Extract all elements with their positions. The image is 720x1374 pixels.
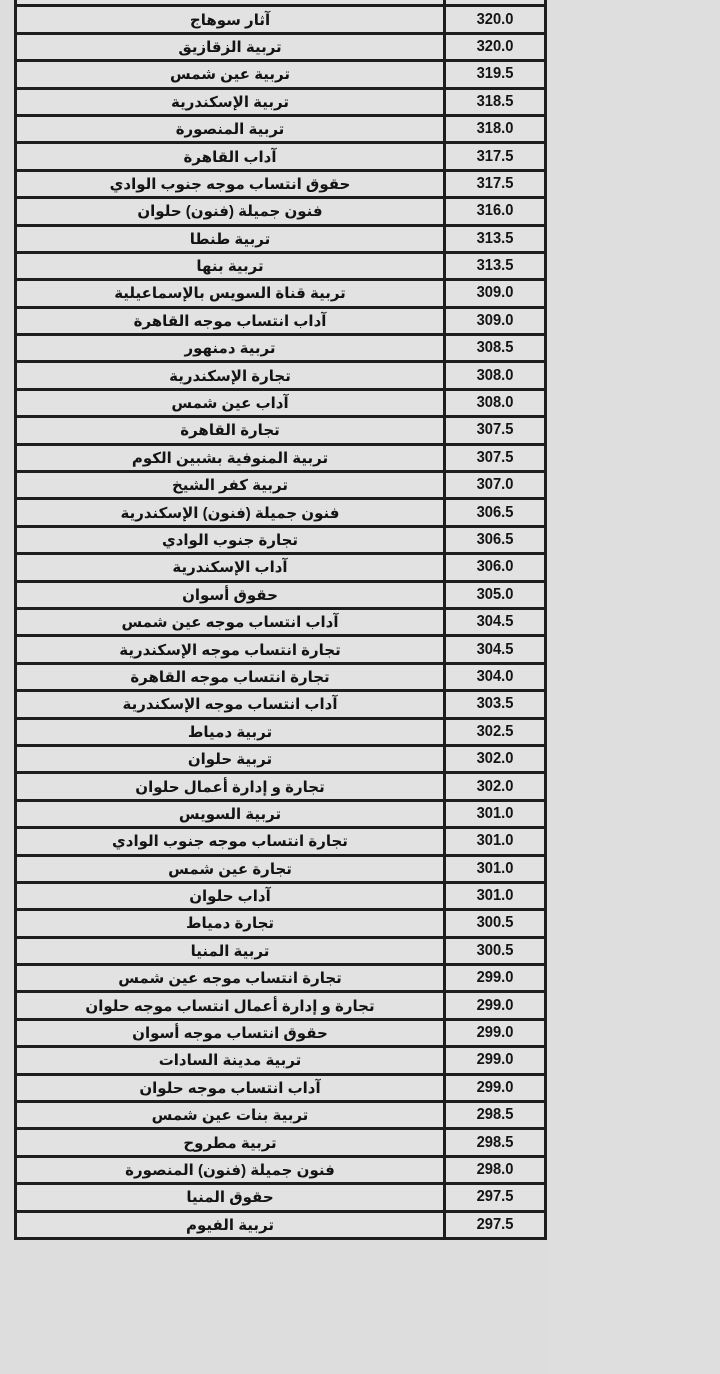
score-value: 300.5 [477,914,514,932]
score-cell: 304.5 [445,608,546,635]
score-cell: 305.0 [445,581,546,608]
college-name-cell: تربية كفر الشيخ [16,472,445,499]
score-value: 299.0 [477,1024,514,1042]
college-name-cell: آداب حلوان [16,882,445,909]
table-row: آداب حلوان301.0 [16,882,546,909]
table-row: تجارة القاهرة307.5 [16,417,546,444]
table-row: آداب انتساب موجه عين شمس304.5 [16,608,546,635]
score-value: 297.5 [477,1188,514,1206]
score-value: 301.0 [477,832,514,850]
score-value: 302.5 [477,723,514,741]
score-value: 299.0 [477,997,514,1015]
score-value: 305.0 [477,586,514,604]
table-row: آداب انتساب موجه الإسكندرية303.5 [16,691,546,718]
table-row: آداب انتساب موجه القاهرة309.0 [16,307,546,334]
college-name-cell: تربية قناة السويس بالإسماعيلية [16,280,445,307]
score-value: 320.0 [477,38,514,56]
score-cell: 299.0 [445,1019,546,1046]
table-row: تجارة و إدارة أعمال حلوان302.0 [16,773,546,800]
table-row: تربية مطروح298.5 [16,1129,546,1156]
college-name-cell: فنون جميلة (فنون) حلوان [16,198,445,225]
score-value: 318.5 [477,93,514,111]
table-row: تربية قناة السويس بالإسماعيلية309.0 [16,280,546,307]
table-row: حقوق انتساب موجه أسوان299.0 [16,1019,546,1046]
score-cell: 317.5 [445,143,546,170]
score-cell: 319.5 [445,61,546,88]
score-value: 307.5 [477,449,514,467]
scores-table-container: آثار سوهاج320.0تربية الزقازيق320.0تربية … [14,0,545,1240]
college-name-cell: تربية مدينة السادات [16,1047,445,1074]
college-name-cell: آداب القاهرة [16,143,445,170]
score-cell: 300.5 [445,910,546,937]
table-row: تربية دمنهور308.5 [16,335,546,362]
college-name-cell: حقوق انتساب موجه جنوب الوادي [16,170,445,197]
score-value: 301.0 [477,887,514,905]
table-row: تربية مدينة السادات299.0 [16,1047,546,1074]
score-value: 302.0 [477,750,514,768]
score-cell: 304.0 [445,663,546,690]
college-name-cell: آداب عين شمس [16,389,445,416]
score-value: 297.5 [477,1216,514,1234]
table-row: تجارة دمياط300.5 [16,910,546,937]
admission-scores-table: آثار سوهاج320.0تربية الزقازيق320.0تربية … [14,0,547,1240]
score-cell: 298.5 [445,1129,546,1156]
table-row: تربية حلوان302.0 [16,745,546,772]
college-name-cell: آداب انتساب موجه عين شمس [16,608,445,635]
table-row: تربية السويس301.0 [16,800,546,827]
score-value: 299.0 [477,969,514,987]
table-row: حقوق المنيا297.5 [16,1184,546,1211]
college-name-cell: تربية بنها [16,252,445,279]
score-value: 306.5 [477,504,514,522]
college-name-cell: تجارة دمياط [16,910,445,937]
table-row: فنون جميلة (فنون) حلوان316.0 [16,198,546,225]
score-cell: 306.0 [445,554,546,581]
score-value: 300.5 [477,942,514,960]
score-value: 308.0 [477,367,514,385]
college-name-cell: تربية طنطا [16,225,445,252]
score-cell: 307.5 [445,444,546,471]
table-row: آداب عين شمس308.0 [16,389,546,416]
score-value: 317.5 [477,148,514,166]
college-name-cell: تجارة انتساب موجه القاهرة [16,663,445,690]
score-value: 298.5 [477,1106,514,1124]
score-value: 302.0 [477,778,514,796]
college-name-cell: تجارة انتساب موجه عين شمس [16,965,445,992]
score-cell: 301.0 [445,882,546,909]
table-row: تربية دمياط302.5 [16,718,546,745]
college-name-cell: تجارة عين شمس [16,855,445,882]
score-value: 313.5 [477,257,514,275]
college-name-cell: تربية بنات عين شمس [16,1102,445,1129]
college-name-cell: تربية دمنهور [16,335,445,362]
college-name-cell: تربية السويس [16,800,445,827]
score-value: 306.0 [477,558,514,576]
score-value: 319.5 [477,65,514,83]
score-value: 318.0 [477,120,514,138]
score-cell: 298.0 [445,1156,546,1183]
table-row: تجارة انتساب موجه الإسكندرية304.5 [16,636,546,663]
table-row: تربية المنيا300.5 [16,937,546,964]
college-name-cell: تجارة انتساب موجه جنوب الوادي [16,828,445,855]
college-name-cell: آداب انتساب موجه الإسكندرية [16,691,445,718]
document-page: آثار سوهاج320.0تربية الزقازيق320.0تربية … [0,0,720,1374]
score-cell: 317.5 [445,170,546,197]
score-cell: 300.5 [445,937,546,964]
score-cell: 302.0 [445,773,546,800]
college-name-cell: فنون جميلة (فنون) الإسكندرية [16,499,445,526]
table-row: تجارة جنوب الوادي306.5 [16,526,546,553]
score-value: 298.0 [477,1161,514,1179]
score-cell: 306.5 [445,526,546,553]
score-cell: 299.0 [445,1074,546,1101]
table-row: تجارة انتساب موجه عين شمس299.0 [16,965,546,992]
college-name-cell: تجارة الإسكندرية [16,362,445,389]
score-value: 304.0 [477,668,514,686]
score-cell: 303.5 [445,691,546,718]
score-cell: 320.0 [445,6,546,33]
table-row: تجارة انتساب موجه القاهرة304.0 [16,663,546,690]
score-value: 309.0 [477,312,514,330]
score-value: 309.0 [477,284,514,302]
college-name-cell: حقوق أسوان [16,581,445,608]
table-row: تجارة انتساب موجه جنوب الوادي301.0 [16,828,546,855]
table-row: تربية بنات عين شمس298.5 [16,1102,546,1129]
score-cell: 313.5 [445,225,546,252]
table-row: فنون جميلة (فنون) الإسكندرية306.5 [16,499,546,526]
score-cell: 308.0 [445,362,546,389]
college-name-cell: تجارة انتساب موجه الإسكندرية [16,636,445,663]
table-row: آثار سوهاج320.0 [16,6,546,33]
score-cell: 301.0 [445,828,546,855]
college-name-cell: تجارة و إدارة أعمال حلوان [16,773,445,800]
page-margin [547,0,720,1374]
table-row: تربية عين شمس319.5 [16,61,546,88]
score-value: 304.5 [477,613,514,631]
college-name-cell: حقوق المنيا [16,1184,445,1211]
score-cell: 308.5 [445,335,546,362]
score-value: 301.0 [477,805,514,823]
score-value: 308.5 [477,339,514,357]
score-cell: 304.5 [445,636,546,663]
table-row: آداب انتساب موجه حلوان299.0 [16,1074,546,1101]
college-name-cell: آداب انتساب موجه القاهرة [16,307,445,334]
score-value: 307.0 [477,476,514,494]
score-value: 316.0 [477,202,514,220]
table-row: فنون جميلة (فنون) المنصورة298.0 [16,1156,546,1183]
score-cell: 297.5 [445,1184,546,1211]
table-row: تجارة و إدارة أعمال انتساب موجه حلوان299… [16,992,546,1019]
score-value: 313.5 [477,230,514,248]
college-name-cell: تربية دمياط [16,718,445,745]
table-body: آثار سوهاج320.0تربية الزقازيق320.0تربية … [16,0,546,1238]
score-value: 298.5 [477,1134,514,1152]
score-cell: 307.0 [445,472,546,499]
score-cell: 316.0 [445,198,546,225]
score-cell: 308.0 [445,389,546,416]
table-row: حقوق أسوان305.0 [16,581,546,608]
score-cell: 301.0 [445,855,546,882]
table-row: تربية المنوفية بشبين الكوم307.5 [16,444,546,471]
college-name-cell: فنون جميلة (فنون) المنصورة [16,1156,445,1183]
score-value: 307.5 [477,421,514,439]
score-value: 304.5 [477,641,514,659]
college-name-cell: تربية عين شمس [16,61,445,88]
table-row: تجارة عين شمس301.0 [16,855,546,882]
college-name-cell: تجارة القاهرة [16,417,445,444]
score-value: 299.0 [477,1079,514,1097]
college-name-cell: آثار سوهاج [16,6,445,33]
college-name-cell: تربية الفيوم [16,1211,445,1238]
table-row: تربية الفيوم297.5 [16,1211,546,1238]
table-row: تربية كفر الشيخ307.0 [16,472,546,499]
table-row: تربية بنها313.5 [16,252,546,279]
score-cell: 299.0 [445,992,546,1019]
college-name-cell: تربية حلوان [16,745,445,772]
score-cell: 320.0 [445,33,546,60]
college-name-cell: تربية المنصورة [16,115,445,142]
college-name-cell: آداب انتساب موجه حلوان [16,1074,445,1101]
score-cell: 306.5 [445,499,546,526]
score-cell: 301.0 [445,800,546,827]
table-row: آداب الإسكندرية306.0 [16,554,546,581]
score-cell: 302.0 [445,745,546,772]
score-value: 317.5 [477,175,514,193]
score-cell: 297.5 [445,1211,546,1238]
score-cell: 298.5 [445,1102,546,1129]
college-name-cell: تربية مطروح [16,1129,445,1156]
score-value: 308.0 [477,394,514,412]
table-row: تربية الزقازيق320.0 [16,33,546,60]
score-value: 299.0 [477,1051,514,1069]
score-value: 306.5 [477,531,514,549]
college-name-cell: تربية المنوفية بشبين الكوم [16,444,445,471]
college-name-cell: آداب الإسكندرية [16,554,445,581]
score-cell: 309.0 [445,280,546,307]
score-cell: 299.0 [445,1047,546,1074]
college-name-cell: حقوق انتساب موجه أسوان [16,1019,445,1046]
score-value: 303.5 [477,695,514,713]
score-value: 320.0 [477,11,514,29]
college-name-cell: تربية المنيا [16,937,445,964]
score-cell: 302.5 [445,718,546,745]
college-name-cell: تجارة جنوب الوادي [16,526,445,553]
table-row: تربية طنطا313.5 [16,225,546,252]
college-name-cell: تجارة و إدارة أعمال انتساب موجه حلوان [16,992,445,1019]
table-row: تربية المنصورة318.0 [16,115,546,142]
table-row: تربية الإسكندرية318.5 [16,88,546,115]
college-name-cell: تربية الإسكندرية [16,88,445,115]
score-value: 301.0 [477,860,514,878]
score-cell: 313.5 [445,252,546,279]
score-cell: 318.5 [445,88,546,115]
score-cell: 318.0 [445,115,546,142]
score-cell: 299.0 [445,965,546,992]
score-cell: 307.5 [445,417,546,444]
college-name-cell: تربية الزقازيق [16,33,445,60]
table-row: آداب القاهرة317.5 [16,143,546,170]
table-row: تجارة الإسكندرية308.0 [16,362,546,389]
score-cell: 309.0 [445,307,546,334]
table-row: حقوق انتساب موجه جنوب الوادي317.5 [16,170,546,197]
